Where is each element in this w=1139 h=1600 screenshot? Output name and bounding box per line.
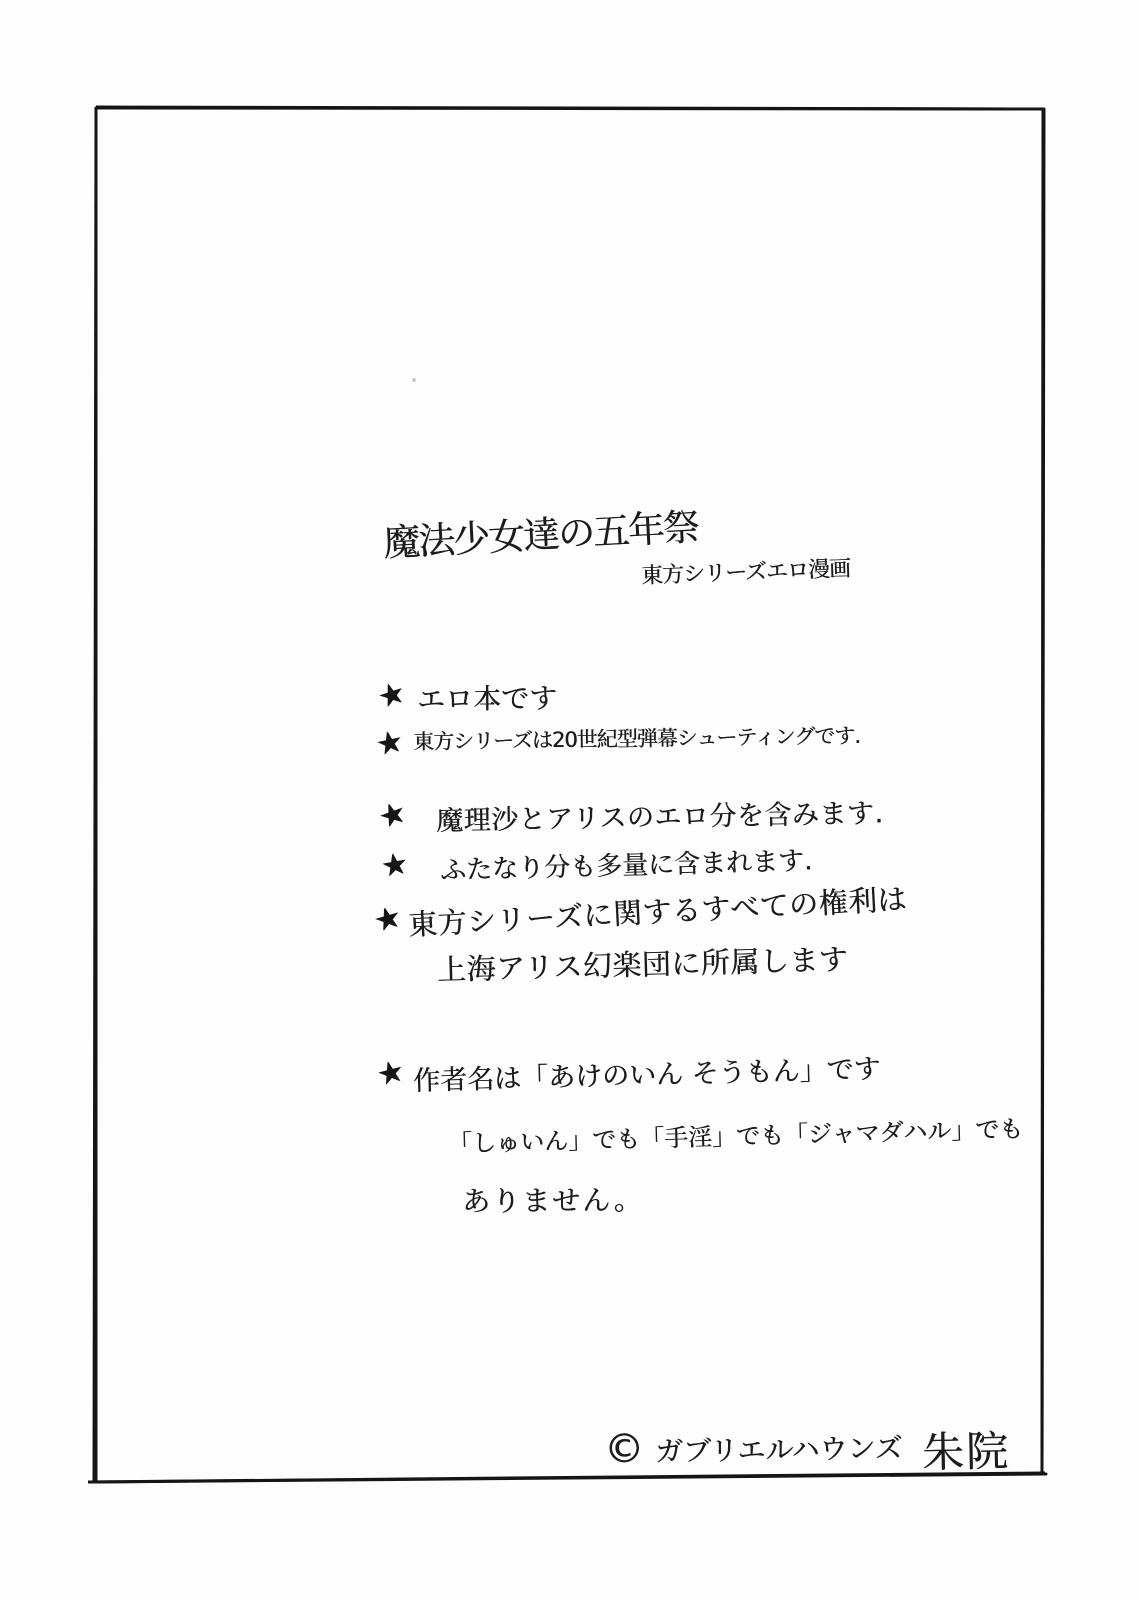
note-line: 東方シリーズは20世紀型弾幕シューティングです. (413, 720, 860, 756)
note-line: ありません。 (462, 1178, 644, 1220)
note-line: 魔理沙とアリスのエロ分を含みます. (436, 791, 884, 838)
circle-name: ガブリエルハウンズ (655, 1427, 903, 1470)
note-line: エロ本です (417, 677, 557, 718)
author-pen-name: 朱院 (921, 1418, 1010, 1480)
star-bullet-icon: ★ (378, 846, 411, 885)
scanned-doujin-credits-page: 魔法少女達の五年祭 東方シリーズエロ漫画 ★ エロ本です ★ 東方シリーズは20… (0, 0, 1139, 1600)
paper-speck (412, 378, 416, 382)
copyright-icon: © (603, 1426, 645, 1473)
